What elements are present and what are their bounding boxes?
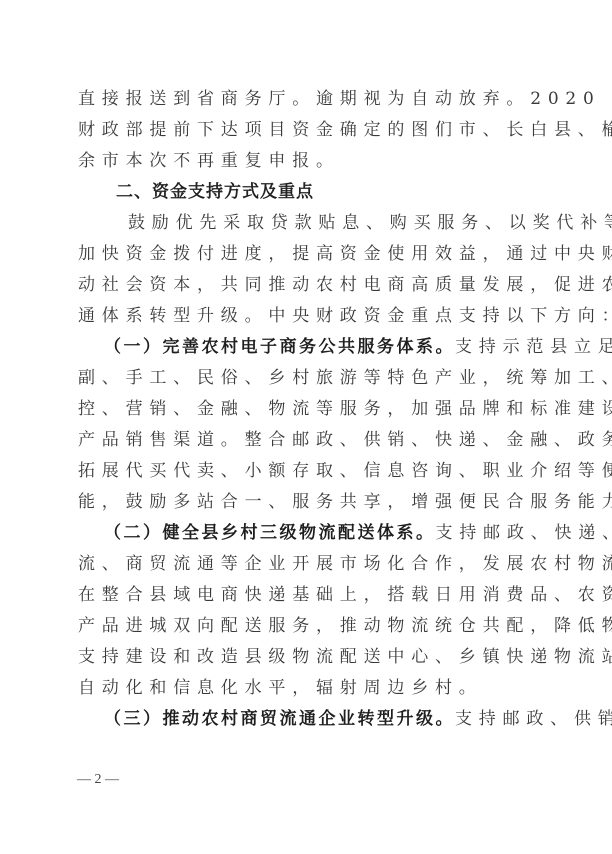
text-line: 产品销售渠道。整合邮政、供销、快递、金融、政务等资源，: [78, 425, 536, 456]
item-paragraph-1: （一）完善农村电子商务公共服务体系。支持示范县立足农 副、手工、民俗、乡村旅游等…: [78, 332, 536, 518]
text-line: 在整合县域电商快递基础上，搭载日用消费品、农资下乡和农: [78, 580, 536, 611]
item-lead-line: （一）完善农村电子商务公共服务体系。支持示范县立足农: [78, 332, 536, 363]
text-line: 拓展代买代卖、小额存取、信息咨询、职业介绍等便民服务功: [78, 456, 536, 487]
text-line: 能，鼓励多站合一、服务共享，增强便民合服务能力。: [78, 487, 536, 518]
item-text: 支持示范县立足农: [455, 337, 612, 357]
item-lead-line: （二）健全县乡村三级物流配送体系。支持邮政、快递、物: [78, 518, 536, 549]
item-lead-line: （三）推动农村商贸流通企业转型升级。支持邮政、供销、: [78, 704, 536, 735]
item-title: （一）完善农村电子商务公共服务体系。: [104, 337, 455, 357]
item-text: 支持邮政、供销、: [455, 709, 612, 729]
text-line: 加快资金拨付进度，提高资金使用效益，通过中央财政资金撬: [78, 239, 536, 270]
text-line: 直接报送到省商务厅。逾期视为自动放弃。2020 年 12 月根据: [78, 84, 536, 115]
item-text: 支持邮政、快递、物: [436, 523, 612, 543]
document-page: 直接报送到省商务厅。逾期视为自动放弃。2020 年 12 月根据 财政部提前下达…: [0, 0, 612, 854]
item-paragraph-3: （三）推动农村商贸流通企业转型升级。支持邮政、供销、: [78, 704, 536, 735]
item-title: （三）推动农村商贸流通企业转型升级。: [104, 709, 455, 729]
item-title: （二）健全县乡村三级物流配送体系。: [104, 523, 436, 543]
text-line: 财政部提前下达项目资金确定的图们市、长白县、榆树市、扶: [78, 115, 536, 146]
text-line: 余市本次不再重复申报。: [78, 146, 536, 177]
text-line: 流、商贸流通等企业开展市场化合作，发展农村物流共同配送，: [78, 549, 536, 580]
document-body: 直接报送到省商务厅。逾期视为自动放弃。2020 年 12 月根据 财政部提前下达…: [78, 84, 536, 735]
text-line: 鼓励优先采取贷款贴息、购买服务、以奖代补等支持方式，: [78, 208, 536, 239]
text-line: 动社会资本，共同推动农村电商高质量发展，促进农村商贸流: [78, 270, 536, 301]
intro-paragraph: 鼓励优先采取贷款贴息、购买服务、以奖代补等支持方式， 加快资金拨付进度，提高资金…: [78, 208, 536, 332]
text-line: 自动化和信息化水平，辐射周边乡村。: [78, 673, 536, 704]
text-line: 控、营销、金融、物流等服务，加强品牌和标准建设，拓宽农: [78, 394, 536, 425]
text-line: 副、手工、民俗、乡村旅游等特色产业，统筹加工、包装、品: [78, 363, 536, 394]
item-paragraph-2: （二）健全县乡村三级物流配送体系。支持邮政、快递、物 流、商贸流通等企业开展市场…: [78, 518, 536, 704]
text-line: 支持建设和改造县级物流配送中心、乡镇快递物流站点，提高: [78, 642, 536, 673]
section-heading: 二、资金支持方式及重点: [78, 177, 536, 208]
text-line: 产品进城双向配送服务，推动物流统仓共配，降低物流成本。: [78, 611, 536, 642]
continuation-paragraph: 直接报送到省商务厅。逾期视为自动放弃。2020 年 12 月根据 财政部提前下达…: [78, 84, 536, 177]
text-line: 通体系转型升级。中央财政资金重点支持以下方向：: [78, 301, 536, 332]
heading-text: 二、资金支持方式及重点: [78, 177, 536, 208]
page-number: — 2 —: [77, 772, 119, 788]
